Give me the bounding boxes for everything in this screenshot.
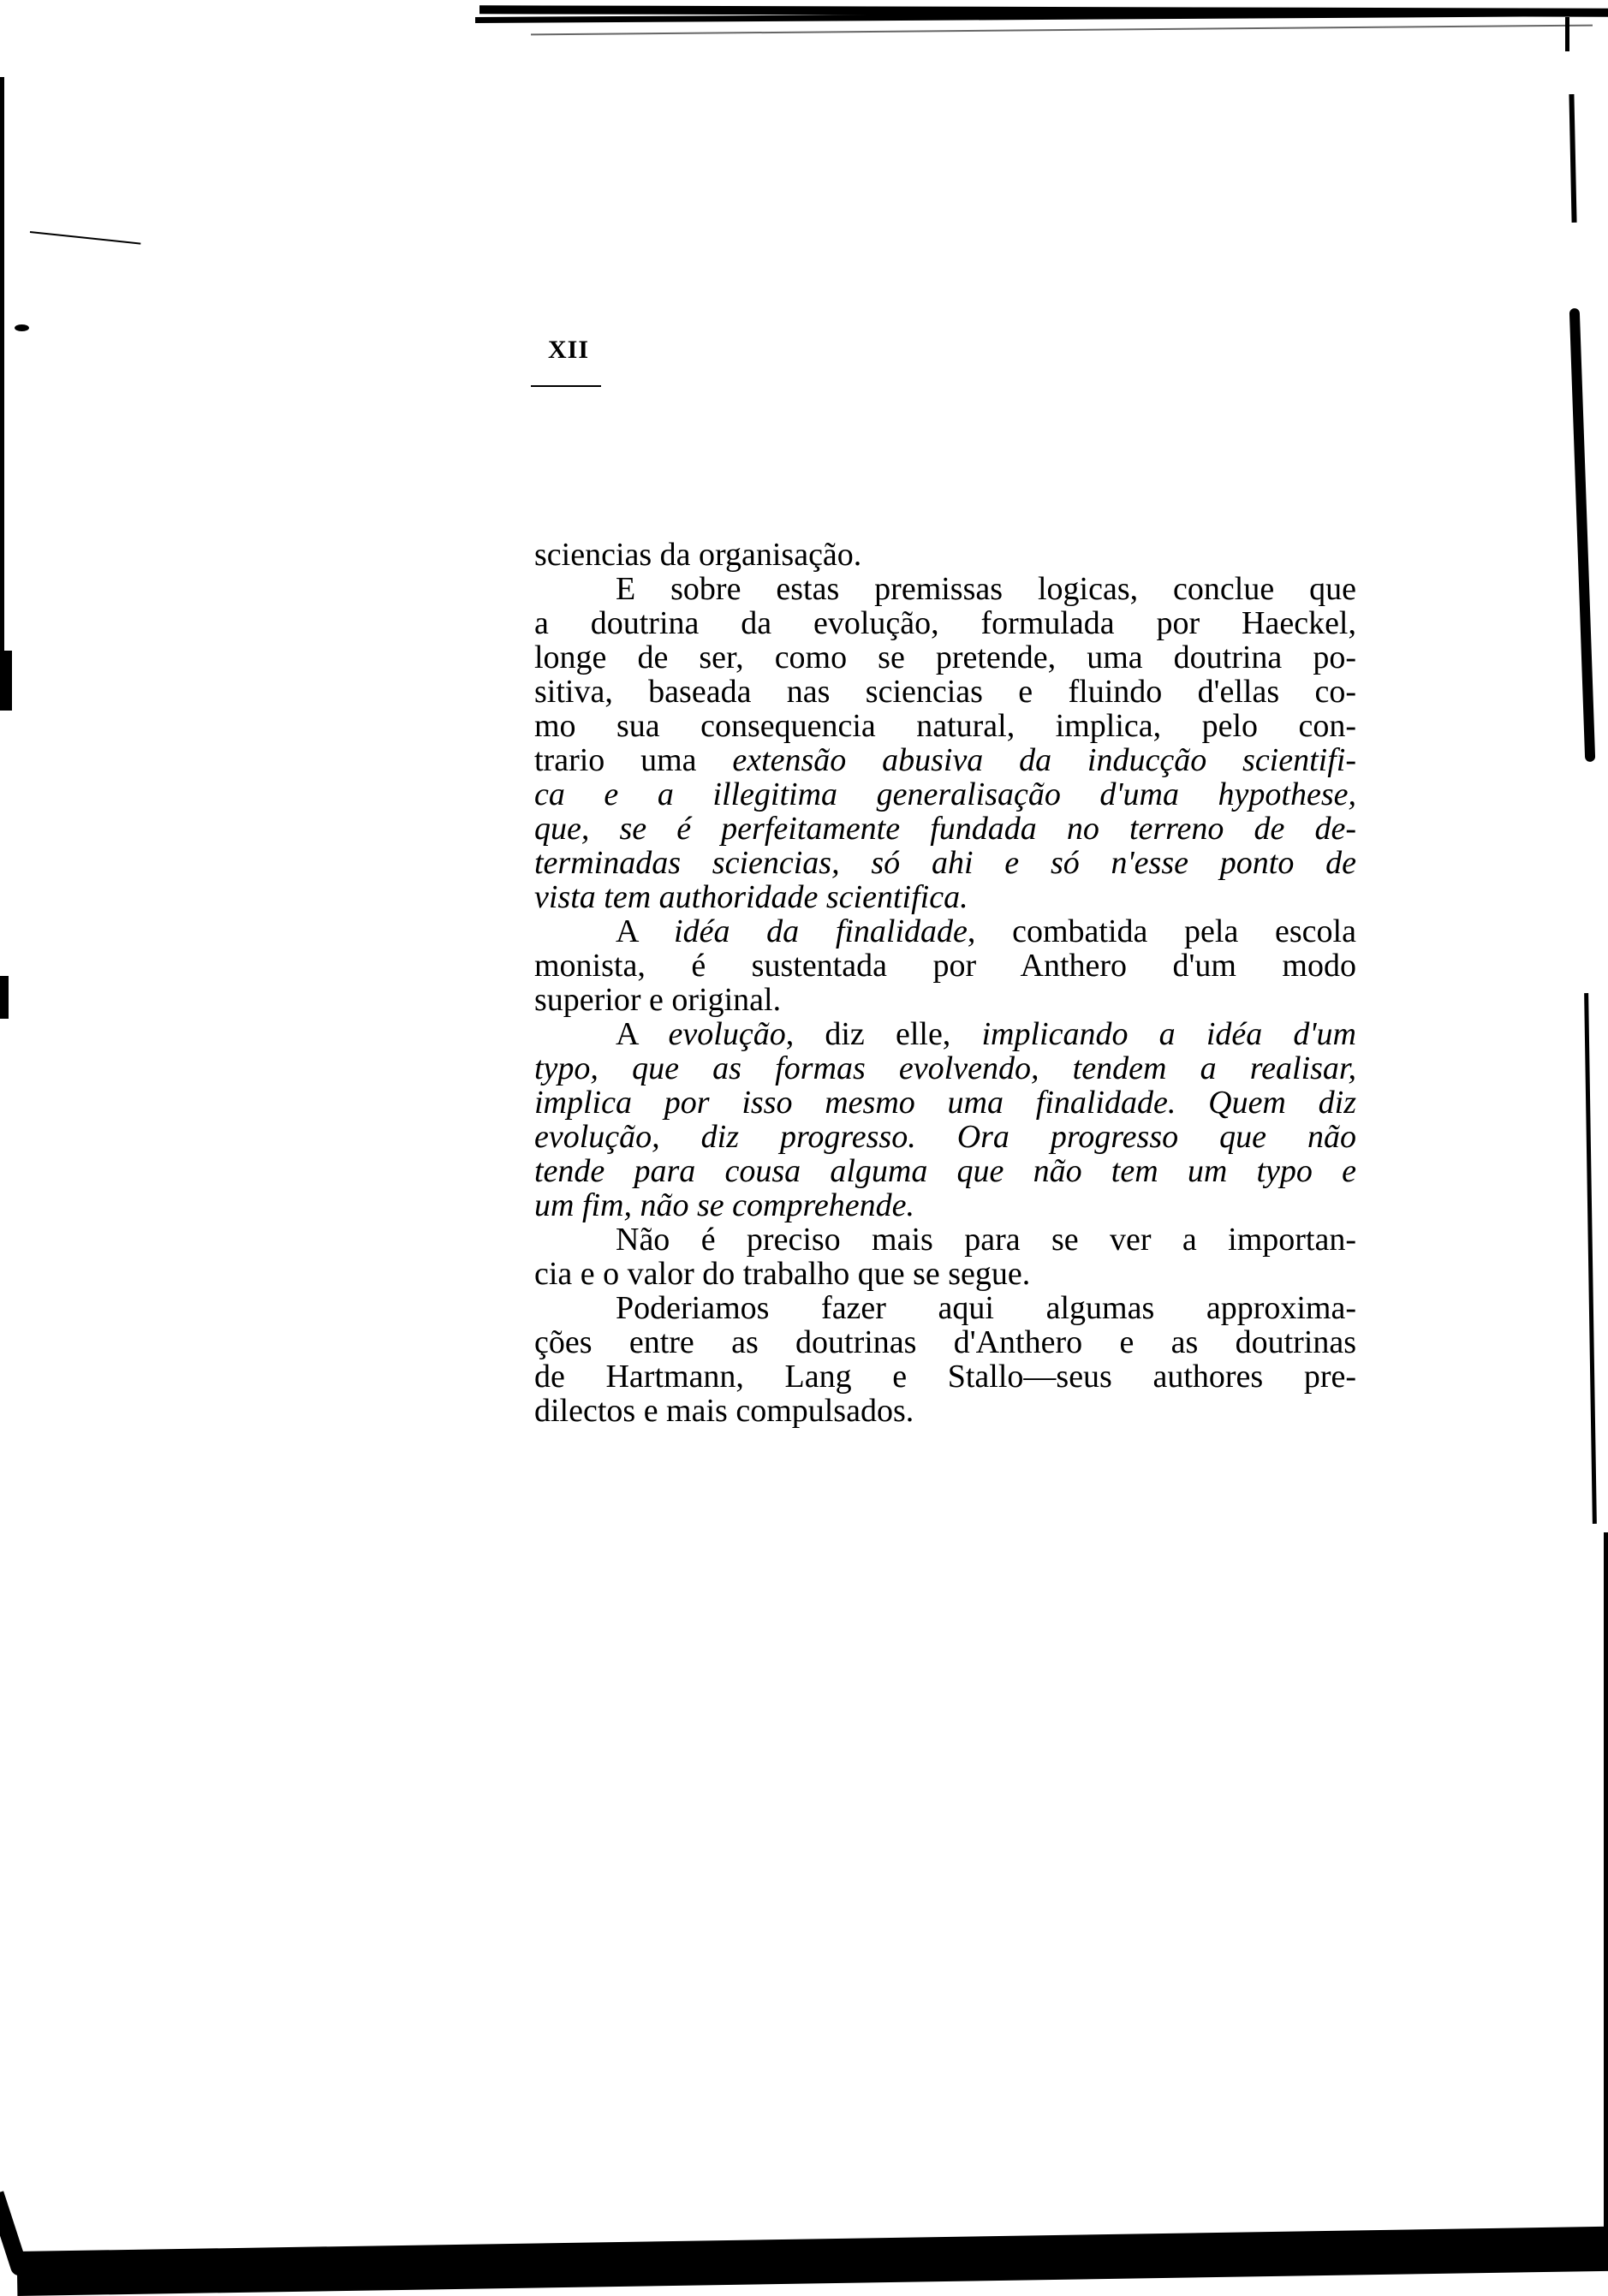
italic-text: que, se é perfeitamente fundada no terre… <box>534 811 1356 847</box>
text: monista, é sustentada por Anthero d'um m… <box>534 948 1356 984</box>
italic-text: um fim, não se comprehende. <box>534 1187 914 1223</box>
scan-stray-stroke <box>30 231 140 245</box>
text: A <box>616 1016 669 1052</box>
text: de Hartmann, Lang e Stallo—seus authores… <box>534 1359 1356 1395</box>
text-line: Não é preciso mais para se ver a importa… <box>534 1222 1356 1257</box>
text-line: mo sua consequencia natural, implica, pe… <box>534 709 1356 743</box>
text-line: a doutrina da evolução, formulada por Ha… <box>534 606 1356 640</box>
italic-text: evolução <box>669 1016 786 1052</box>
text-line: Poderiamos fazer aqui algumas approxima- <box>534 1291 1356 1325</box>
italic-text: evolução, diz progresso. Ora progresso q… <box>534 1119 1356 1155</box>
page-number: XII <box>548 336 589 365</box>
text: , diz elle, <box>786 1016 982 1052</box>
scan-ink-dot <box>15 324 29 331</box>
text-line: vista tem authoridade scientifica. <box>534 880 1356 914</box>
italic-text: tende para cousa alguma que não tem um t… <box>534 1153 1356 1189</box>
italic-text: idéa da finalidade <box>674 913 968 949</box>
italic-text: typo, que as formas evolvendo, tendem a … <box>534 1050 1356 1086</box>
text-line: ca e a illegitima generalisação d'uma hy… <box>534 777 1356 812</box>
text-line: tende para cousa alguma que não tem um t… <box>534 1154 1356 1188</box>
text-line: implica por isso mesmo uma finalidade. Q… <box>534 1086 1356 1120</box>
text-line: E sobre estas premissas logicas, conclue… <box>534 572 1356 606</box>
scan-edge-right-notch <box>1565 17 1569 51</box>
text: E sobre estas premissas logicas, conclue… <box>616 571 1356 607</box>
text-line: A idéa da finalidade, combatida pela esc… <box>534 914 1356 949</box>
text-line: longe de ser, como se pretende, uma dout… <box>534 640 1356 675</box>
text-line: dilectos e mais compulsados. <box>534 1394 1356 1428</box>
italic-text: implica por isso mesmo uma finalidade. Q… <box>534 1085 1356 1121</box>
text-line: sitiva, baseada nas sciencias e fluindo … <box>534 675 1356 709</box>
scan-edge-bottom-curl <box>0 2191 30 2277</box>
scan-edge-left-blot <box>0 976 9 1019</box>
text: cia e o valor do trabalho que se segue. <box>534 1256 1030 1292</box>
text-line: typo, que as formas evolvendo, tendem a … <box>534 1051 1356 1086</box>
text: Não é preciso mais para se ver a importa… <box>616 1222 1356 1258</box>
text: longe de ser, como se pretende, uma dout… <box>534 639 1356 675</box>
scan-edge-left <box>0 77 4 676</box>
text: a doutrina da evolução, formulada por Ha… <box>534 605 1356 641</box>
text-line: cia e o valor do trabalho que se segue. <box>534 1257 1356 1291</box>
text-line: sciencias da organisação. <box>534 538 1356 572</box>
text-line: trario uma extensão abusiva da inducção … <box>534 743 1356 777</box>
body-text: sciencias da organisação.E sobre estas p… <box>534 538 1356 1428</box>
text-line: ções entre as doutrinas d'Anthero e as d… <box>534 1325 1356 1359</box>
text: superior e original. <box>534 982 781 1018</box>
italic-text: extensão abusiva da inducção scientifi- <box>732 742 1356 778</box>
scan-edge-bottom <box>17 2227 1608 2296</box>
text: mo sua consequencia natural, implica, pe… <box>534 708 1356 744</box>
text-line: de Hartmann, Lang e Stallo—seus authores… <box>534 1359 1356 1394</box>
text: , combatida pela escola <box>968 913 1356 949</box>
italic-text: terminadas sciencias, só ahi e só n'esse… <box>534 845 1356 881</box>
scan-edge-right <box>1604 1532 1608 2234</box>
italic-text: implicando a idéa d'um <box>981 1016 1356 1052</box>
text: Poderiamos fazer aqui algumas approxima- <box>616 1290 1356 1326</box>
text: sitiva, baseada nas sciencias e fluindo … <box>534 674 1356 710</box>
text-line: A evolução, diz elle, implicando a idéa … <box>534 1017 1356 1051</box>
text-line: evolução, diz progresso. Ora progresso q… <box>534 1120 1356 1154</box>
text: sciencias da organisação. <box>534 537 861 573</box>
header-rule <box>531 385 601 387</box>
scan-edge-right <box>1569 308 1595 762</box>
scan-edge-right <box>1584 993 1597 1524</box>
text-line: superior e original. <box>534 983 1356 1017</box>
text: dilectos e mais compulsados. <box>534 1393 914 1429</box>
scan-edge-left-blot <box>0 651 12 711</box>
text: A <box>616 913 674 949</box>
italic-text: vista tem authoridade scientifica. <box>534 879 968 915</box>
text-line: monista, é sustentada por Anthero d'um m… <box>534 949 1356 983</box>
scan-edge-right <box>1569 94 1576 223</box>
text-line: que, se é perfeitamente fundada no terre… <box>534 812 1356 846</box>
text: ções entre as doutrinas d'Anthero e as d… <box>534 1324 1356 1360</box>
text: trario uma <box>534 742 732 778</box>
italic-text: ca e a illegitima generalisação d'uma hy… <box>534 776 1356 812</box>
text-line: terminadas sciencias, só ahi e só n'esse… <box>534 846 1356 880</box>
text-line: um fim, não se comprehende. <box>534 1188 1356 1222</box>
scan-edge-top-faint <box>531 25 1593 36</box>
